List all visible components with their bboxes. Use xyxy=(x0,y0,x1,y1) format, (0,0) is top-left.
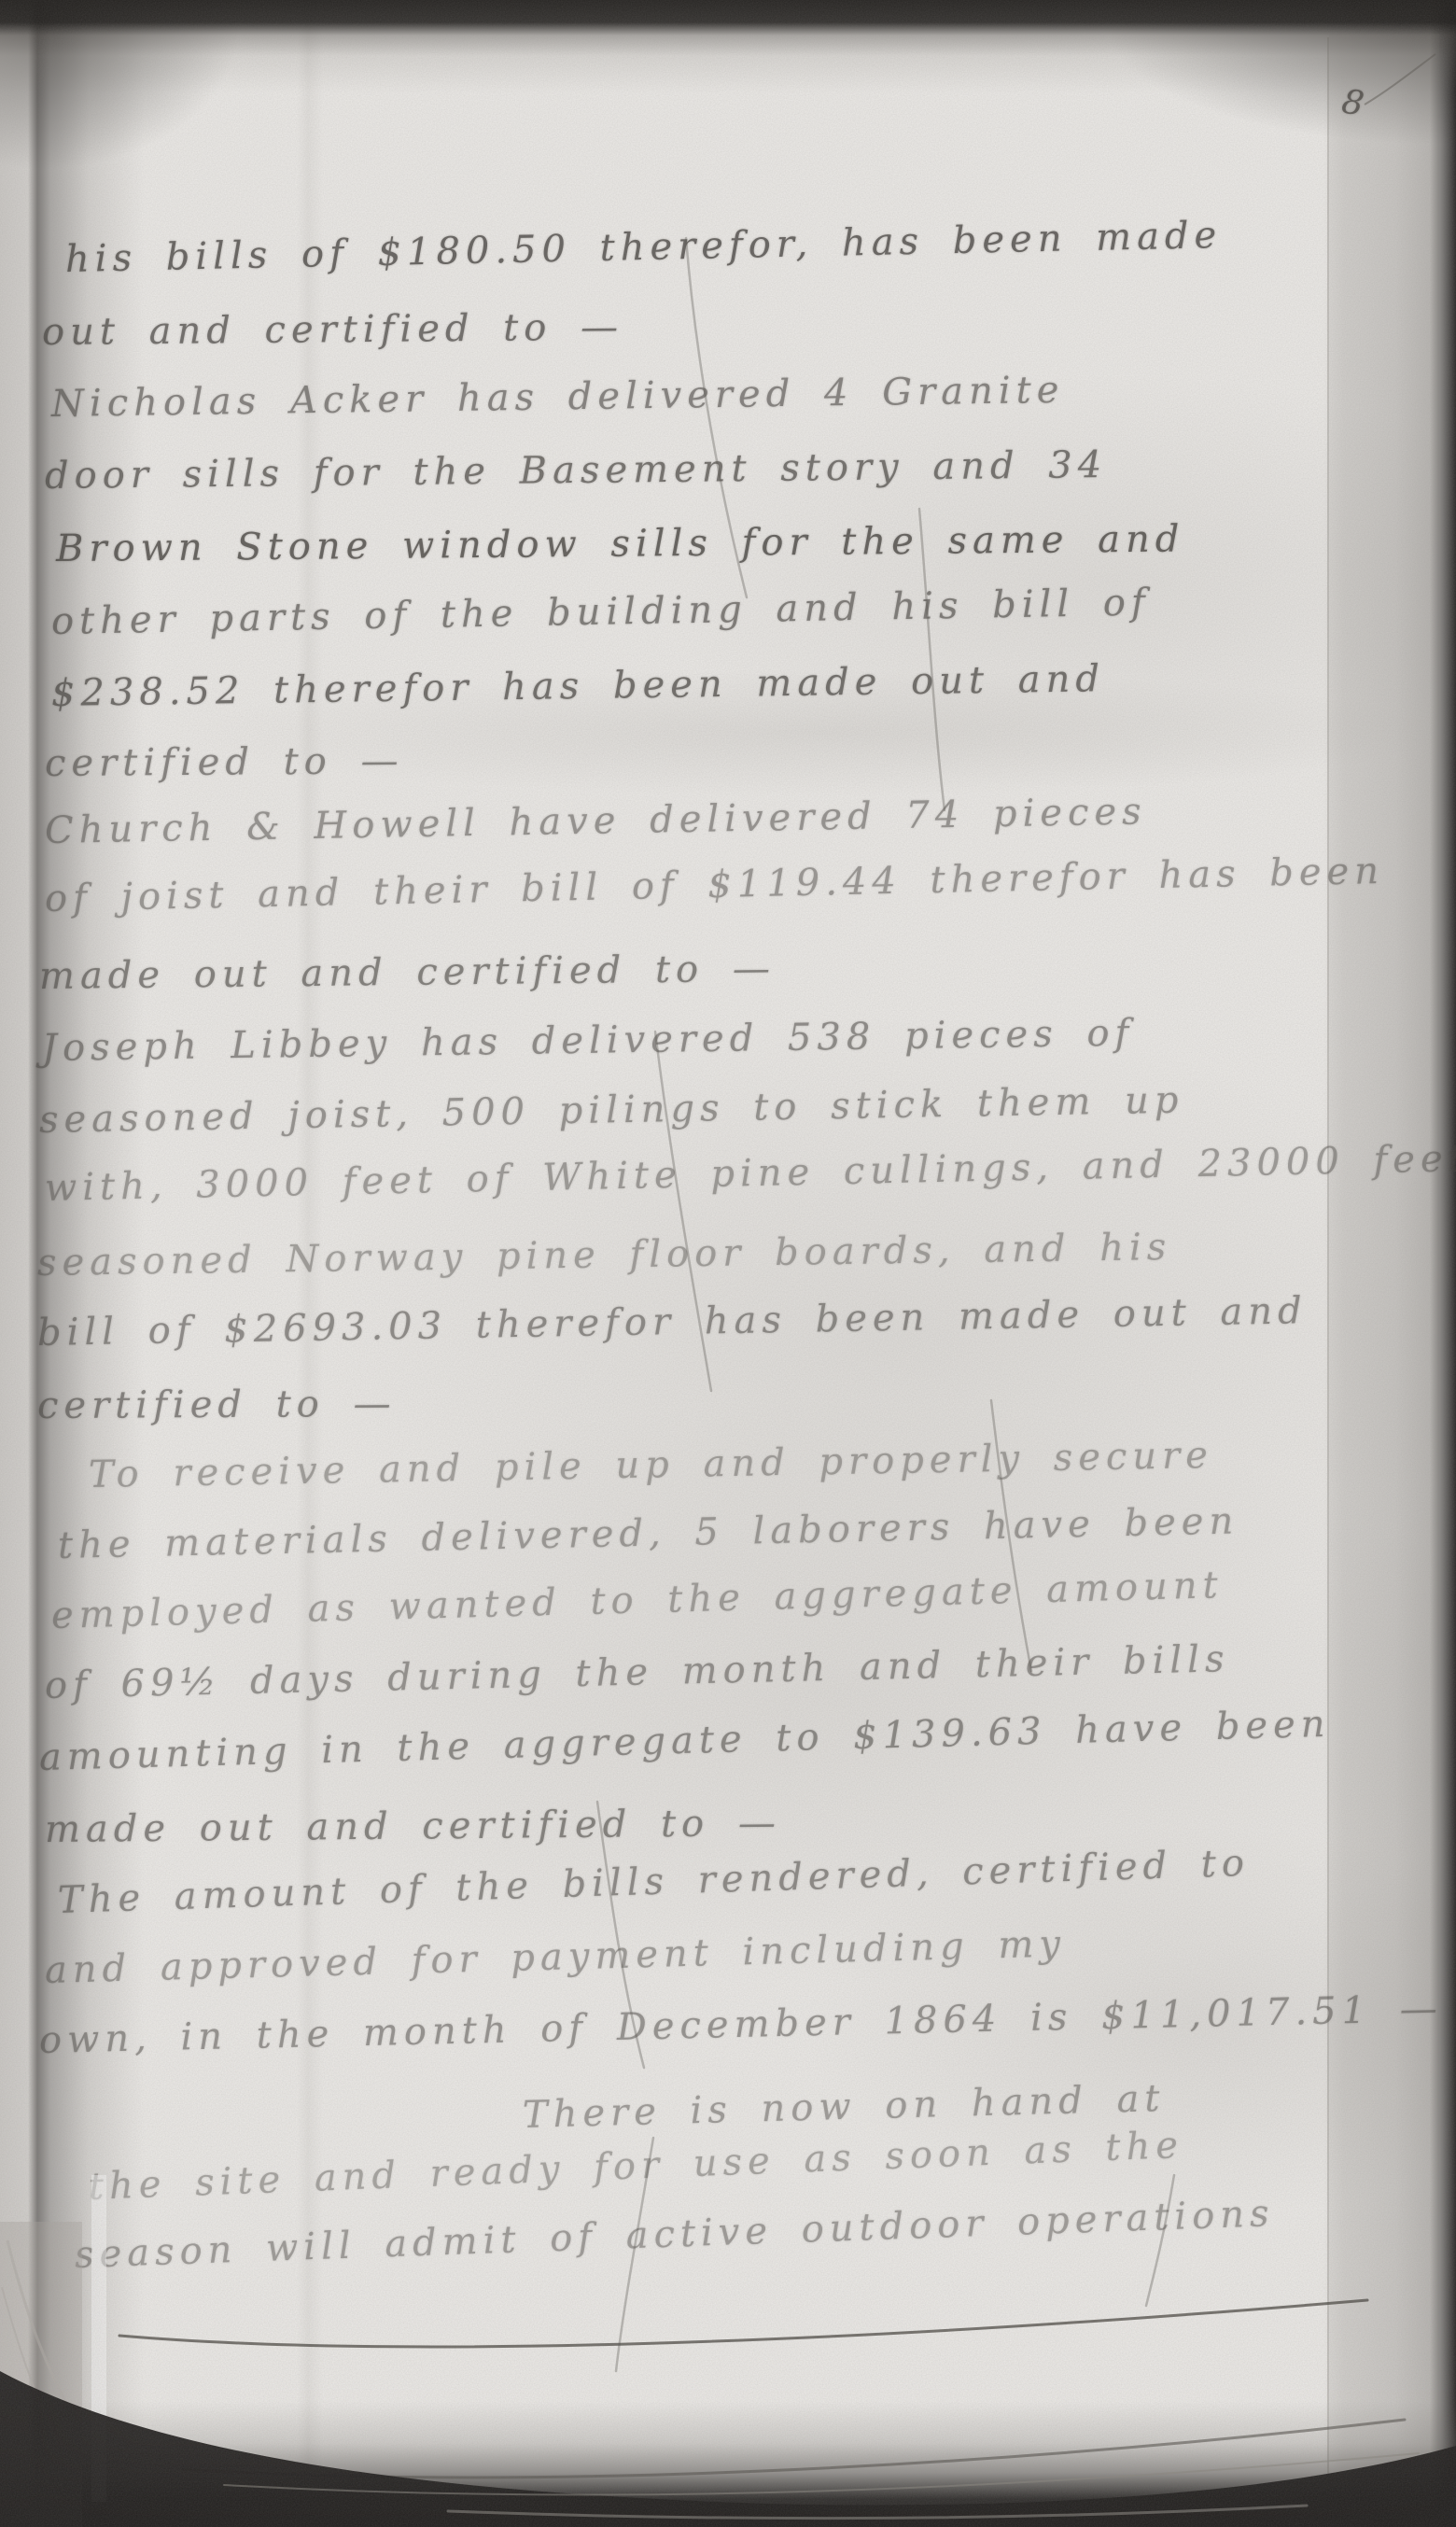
handwritten-line: seasoned joist, 500 pilings to stick the… xyxy=(39,1079,1184,1142)
handwritten-line: his bills of $180.50 therefor, has been … xyxy=(65,214,1223,281)
handwritten-line: of joist and their bill of $119.44 there… xyxy=(45,849,1385,920)
handwritten-line: Brown Stone window sills for the same an… xyxy=(56,517,1185,570)
handwritten-line: out and certified to — xyxy=(42,306,623,354)
page-fold-shading xyxy=(1329,34,1439,2461)
handwritten-line: Nicholas Acker has delivered 4 Granite xyxy=(51,369,1065,426)
handwritten-line: certified to — xyxy=(45,739,404,785)
handwritten-line: certified to — xyxy=(37,1383,397,1427)
handwritten-line: bill of $2693.03 therefor has been made … xyxy=(37,1289,1308,1355)
handwritten-line: made out and certified to — xyxy=(39,948,776,998)
page-stack-edges-bottom xyxy=(224,2453,1419,2519)
left-page-side xyxy=(0,2222,82,2527)
handwritten-line: with, 3000 feet of White pine cullings, … xyxy=(45,1137,1456,1210)
handwritten-line: made out and certified to — xyxy=(45,1802,781,1851)
bottom-shadow-wedge xyxy=(0,2371,1456,2527)
handwritten-line: $238.52 therefor has been made out and xyxy=(51,657,1106,715)
page-stack-edges-left xyxy=(2,2240,79,2441)
fold-highlight xyxy=(91,2175,106,2502)
handwritten-line: the site and ready for use as soon as th… xyxy=(88,2124,1184,2209)
handwritten-line: season will admit of active outdoor oper… xyxy=(74,2192,1275,2277)
handwritten-line: employed as wanted to the aggregate amou… xyxy=(50,1564,1224,1637)
handwritten-line: Church & Howell have delivered 74 pieces xyxy=(45,790,1147,852)
handwritten-line: of 69½ days during the month and their b… xyxy=(44,1637,1229,1707)
scanned-manuscript-page: 8 his bills of $180.50 therefor, has bee… xyxy=(0,0,1456,2527)
handwritten-line: door sills for the Basement story and 34 xyxy=(45,443,1108,498)
handwritten-line: seasoned Norway pine floor boards, and h… xyxy=(37,1226,1172,1285)
handwritten-line: amounting in the aggregate to $139.63 ha… xyxy=(38,1703,1331,1779)
pencil-rule-lines xyxy=(119,2300,1405,2478)
page-crease-line xyxy=(1327,37,1329,2492)
handwritten-line: other parts of the building and his bill… xyxy=(51,581,1152,643)
handwritten-line: Joseph Libbey has delivered 538 pieces o… xyxy=(42,1012,1135,1070)
handwritten-line: To receive and pile up and properly secu… xyxy=(89,1434,1214,1496)
handwritten-line: the materials delivered, 5 laborers have… xyxy=(58,1500,1239,1567)
handwritten-line: and approved for payment including my xyxy=(44,1922,1066,1992)
handwritten-line: own, in the month of December 1864 is $1… xyxy=(38,1987,1443,2062)
handwritten-line: The amount of the bills rendered, certif… xyxy=(57,1842,1250,1922)
